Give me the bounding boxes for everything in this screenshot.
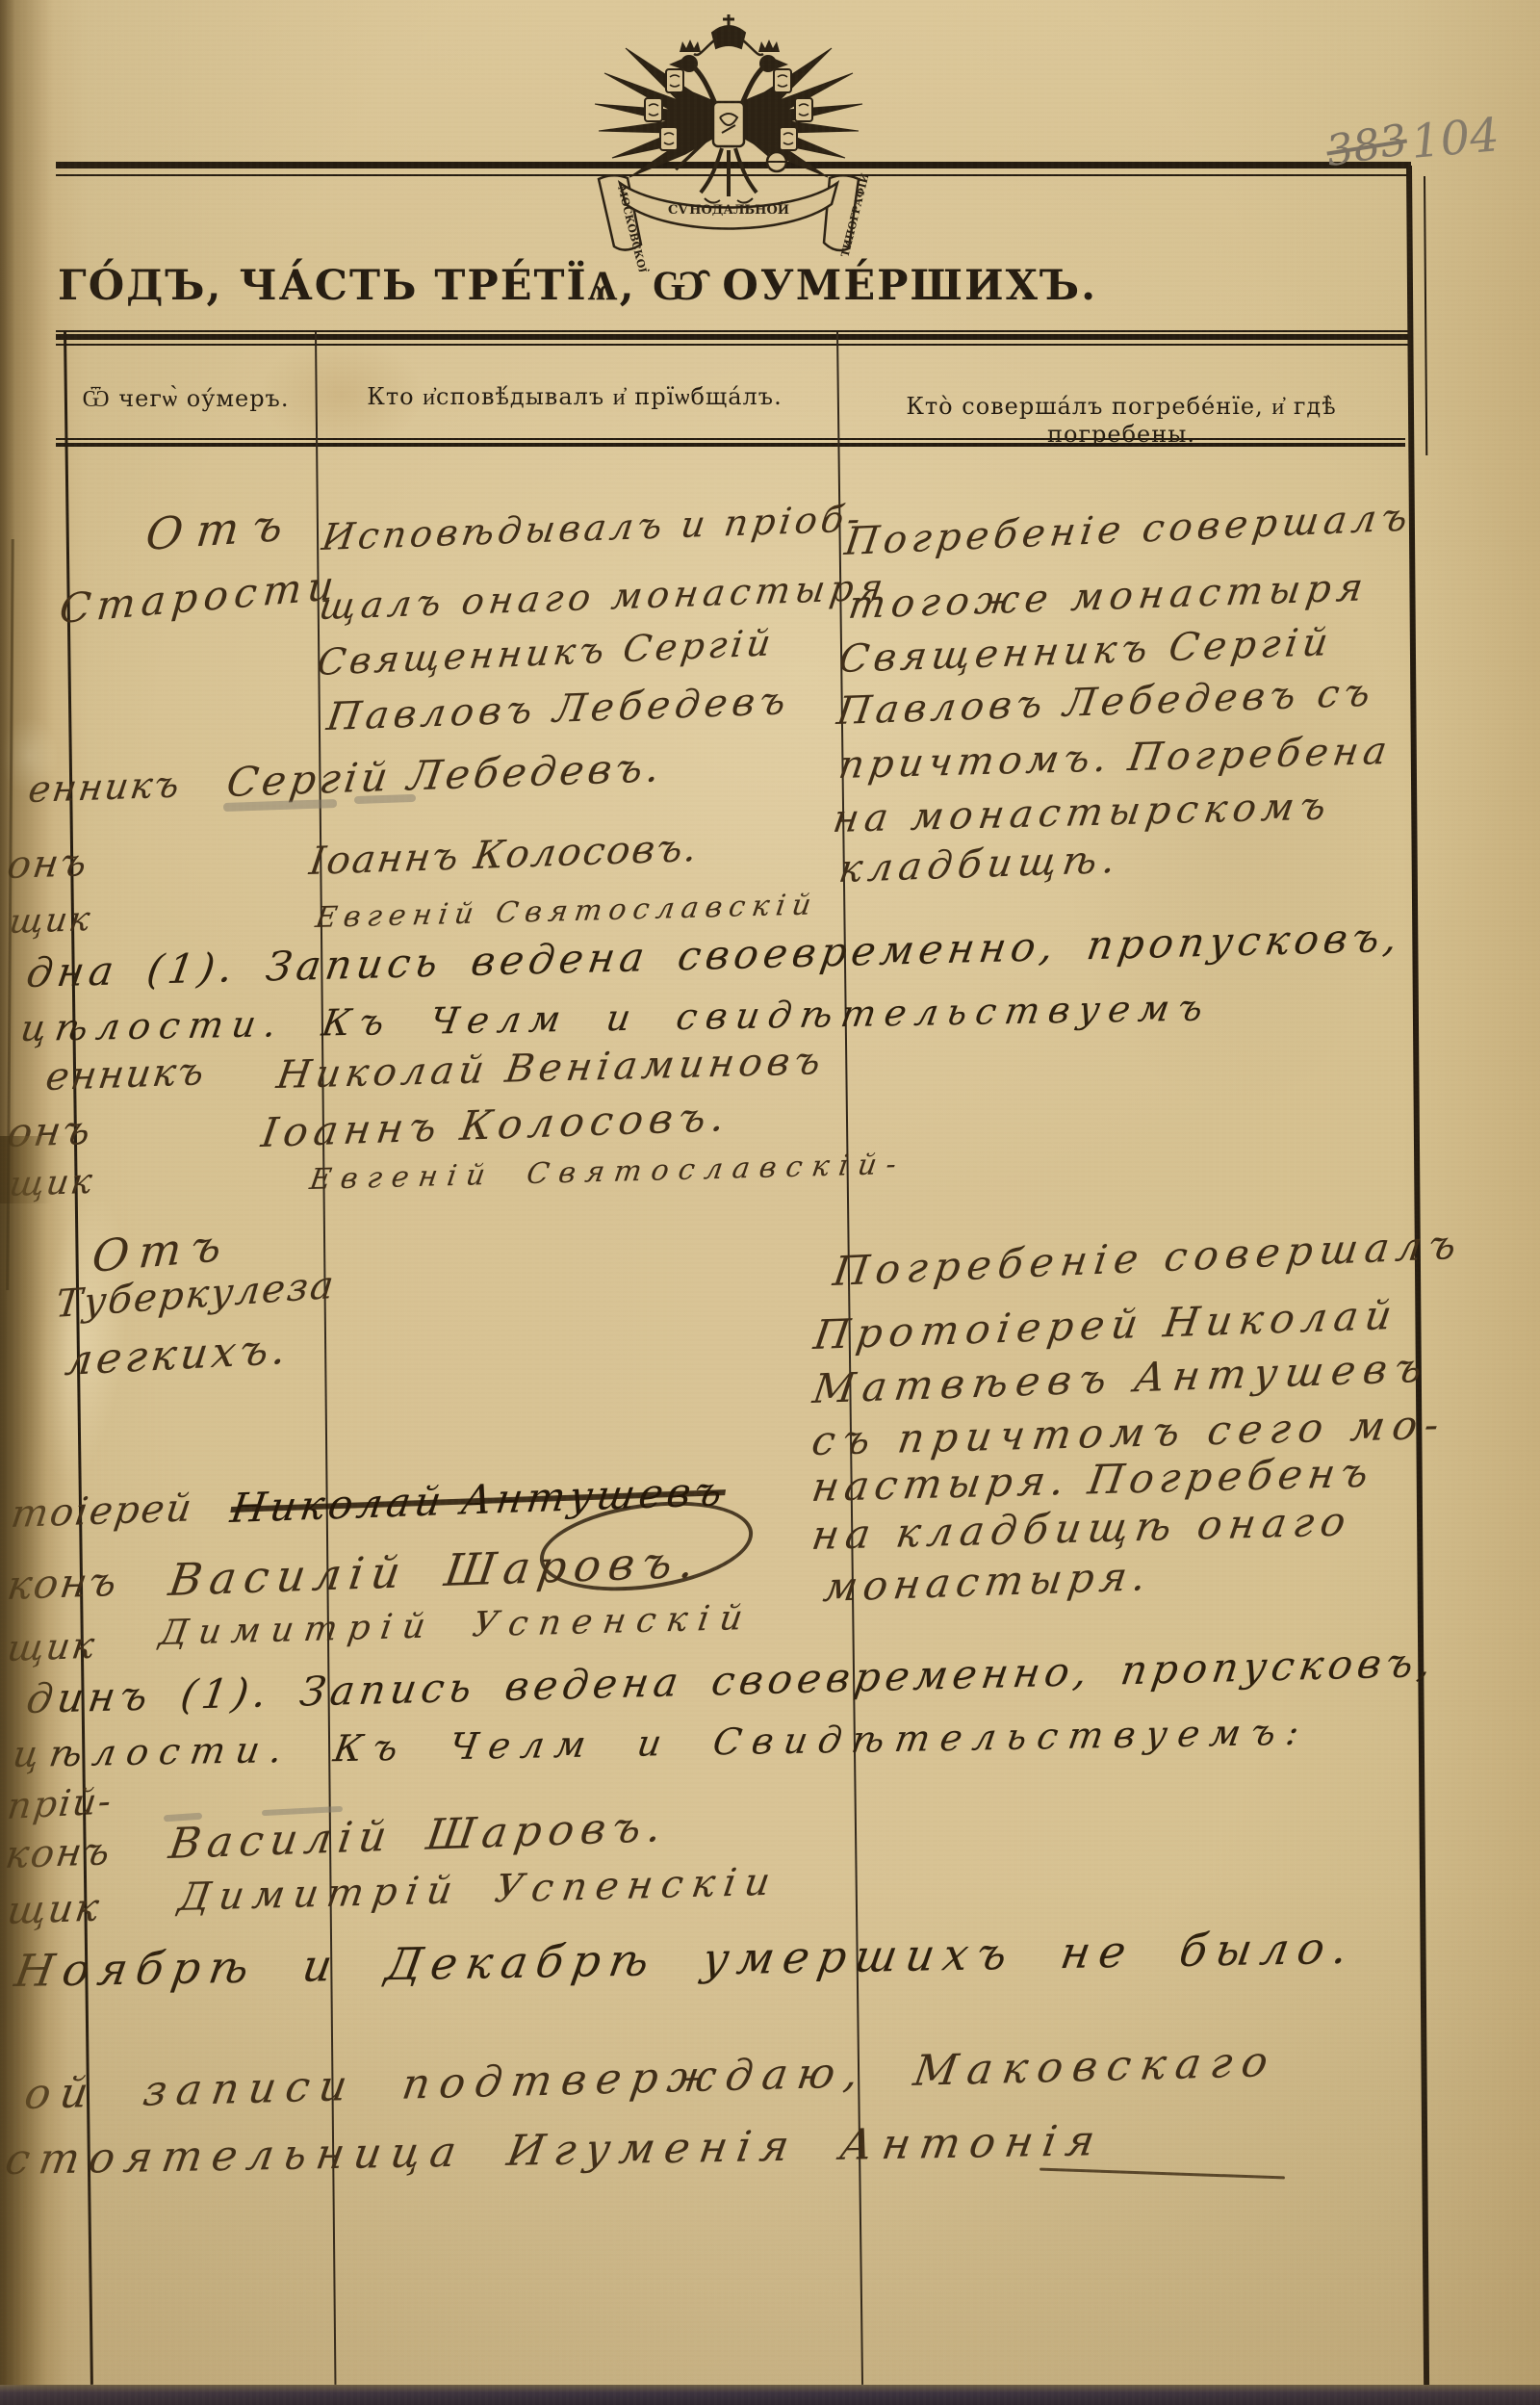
vignette bbox=[0, 0, 1540, 2405]
